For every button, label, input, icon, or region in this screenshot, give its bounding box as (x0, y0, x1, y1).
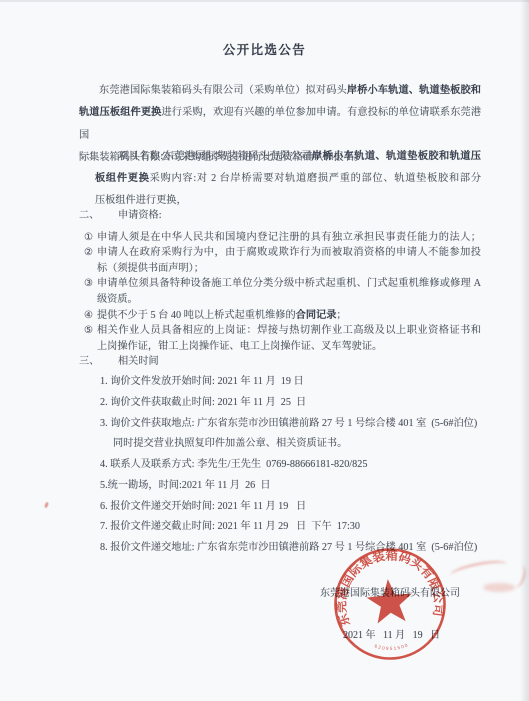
qualification-item-3: ③申请单位须具备特种设备施工单位分类分级中桥式起重机、门式起重机维修或修理 A (79, 276, 481, 292)
intro-line-2: 轨道压板组件更换进行采购，欢迎有兴趣的单位参加申请。有意投标的单位请联系东莞港国 (79, 102, 481, 147)
schedule-item-7: 7. 报价文件递交截止时间: 2021 年 11 月 29 日 下午 17:30 (79, 517, 481, 538)
list-marker: 二、 (79, 208, 99, 224)
schedule-item-5: 5.统一勘场，时间:2021 年 11 月 26 日 (79, 476, 481, 497)
schedule-item-6: 6. 报价文件递交开始时间: 2021 年 11 月 19 日 (79, 497, 481, 518)
qualification-item-3-cont: 级资质。 (79, 292, 481, 308)
schedule-list: 1. 询价文件发放开始时间: 2021 年 11 月 19 日 2. 询价文件获… (79, 372, 481, 559)
section1-line-1: 一、项目名称:东莞港国际集装箱码头有限公司岸桥小车轨道、轨道垫板胶和轨道压 (79, 146, 481, 168)
ink-speck (44, 502, 49, 509)
schedule-item-1: 1. 询价文件发放开始时间: 2021 年 11 月 19 日 (79, 372, 481, 393)
seal-serial-number: 620951500 (374, 641, 410, 653)
list-marker: 一、 (79, 146, 99, 168)
list-marker: ② (84, 245, 93, 261)
ink-smudge (449, 558, 509, 583)
list-marker: ⑤ (84, 323, 93, 339)
intro-line-1: 东莞港国际集装箱码头有限公司（采购单位）拟对码头岸桥小车轨道、轨道垫板胶和 (79, 80, 481, 102)
schedule-item-4: 4. 联系人及联系方式: 李先生/王先生 0769-88666181-820/8… (79, 455, 481, 476)
svg-text:620951500: 620951500 (374, 641, 410, 653)
list-marker: ① (84, 230, 93, 246)
official-seal-stamp: 东莞港国际集装箱码头有限公司 620951500 (324, 537, 456, 671)
qualification-item-2-cont: 标（须提供书面声明）； (79, 261, 481, 277)
qualification-list: ①申请人须是在中华人民共和国境内登记注册的具有独立承担民事责任能力的法人； ②申… (79, 230, 481, 355)
section3-heading-line: 三、相关时间 (79, 354, 481, 370)
section2-heading-line: 二、申请资格: (79, 208, 481, 224)
list-marker: ③ (84, 276, 93, 292)
scan-edge-shadow-right (520, 0, 529, 701)
list-marker: ④ (84, 308, 93, 324)
page-title: 公开比选公告 (0, 42, 529, 58)
schedule-item-2: 2. 询价文件获取截止时间: 2021 年 11 月 25 日 (79, 393, 481, 414)
qualification-item-2: ②申请人在政府采购行为中，由于腐败或欺诈行为而被取消资格的申请人不能参加投 (79, 245, 481, 261)
schedule-item-3: 3. 询价文件获取地点: 广东省东莞市沙田镇港前路 27 号 1 号综合楼 40… (79, 414, 481, 435)
qualification-item-4: ④提供不少于 5 台 40 吨以上桥式起重机维修的合同记录； (79, 308, 481, 324)
section-project-name: 一、项目名称:东莞港国际集装箱码头有限公司岸桥小车轨道、轨道垫板胶和轨道压 板组… (79, 146, 481, 212)
schedule-item-3-cont: 同时提交营业执照复印件加盖公章、相关资质证书。 (79, 434, 481, 455)
seal-star (365, 577, 414, 624)
list-marker: 三、 (79, 354, 99, 370)
announcement-document-page: 公开比选公告 东莞港国际集装箱码头有限公司（采购单位）拟对码头岸桥小车轨道、轨道… (0, 0, 529, 701)
qualification-item-1: ①申请人须是在中华人民共和国境内登记注册的具有独立承担民事责任能力的法人； (79, 230, 481, 246)
section-qualifications-heading: 二、申请资格: (79, 208, 481, 224)
qualification-item-5-cont: 上岗操作证，钳工上岗操作证、电工上岗操作证、叉车驾驶证。 (79, 339, 481, 355)
section-schedule-heading: 三、相关时间 (79, 354, 481, 370)
section1-line-2: 板组件更换采购内容:对 2 台岸桥需要对轨道磨损严重的部位、轨道垫板胶和部分 (79, 168, 481, 190)
qualification-item-5: ⑤相关作业人员具备相应的上岗证：焊接与热切割作业工高级及以上职业资格证书和 (79, 323, 481, 339)
scan-edge-shadow-top (0, 0, 529, 2)
